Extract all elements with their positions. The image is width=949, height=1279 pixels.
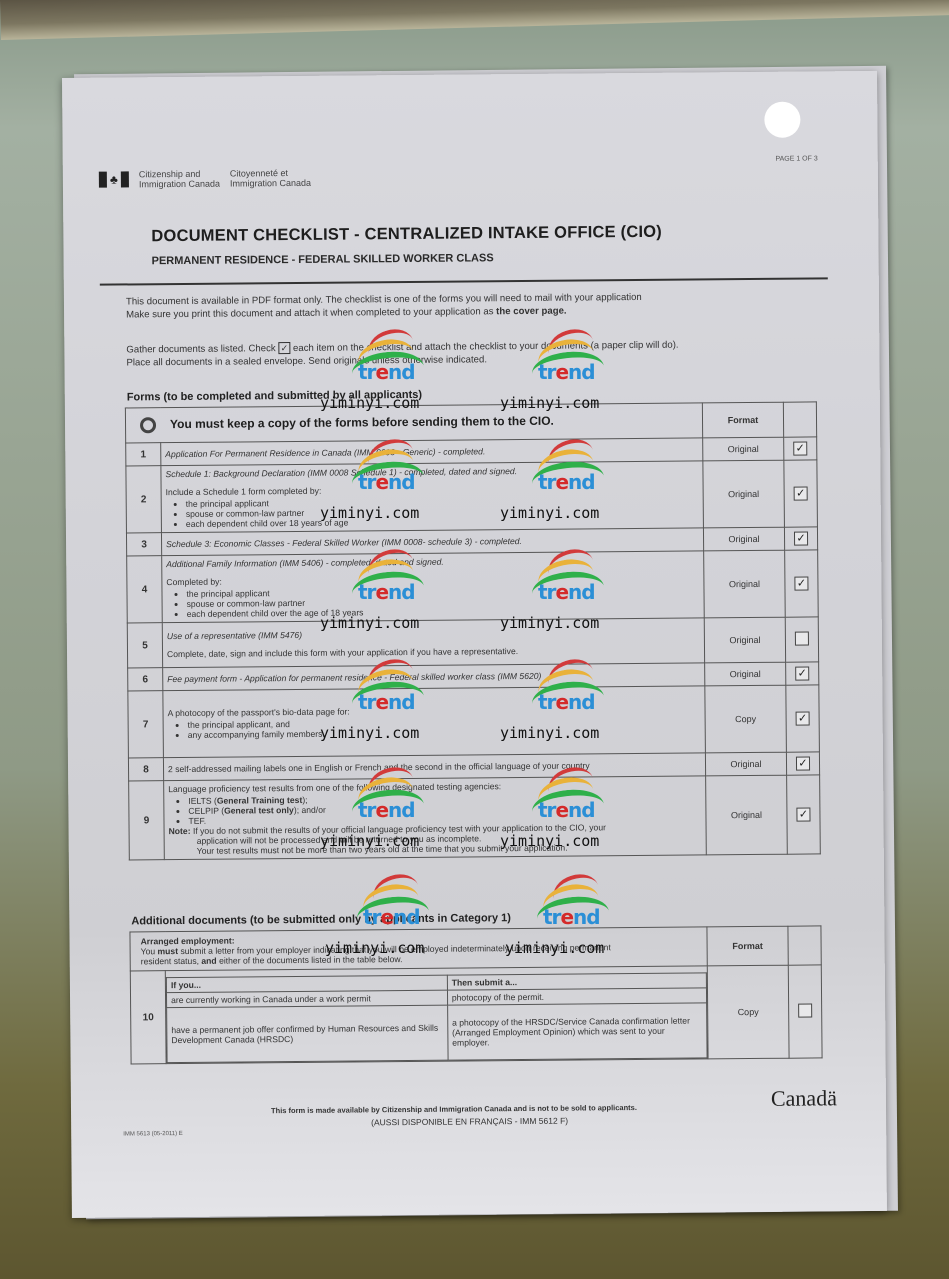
keep-copy-notice: You must keep a copy of the forms before… bbox=[170, 413, 554, 430]
additional-documents-table: Arranged employment: You must submit a l… bbox=[129, 925, 822, 1064]
document-subtitle: PERMANENT RESIDENCE - FEDERAL SKILLED WO… bbox=[152, 252, 494, 267]
french-availability: (AUSSI DISPONIBLE EN FRANÇAIS - IMM 5612… bbox=[371, 1116, 568, 1128]
checkbox-item-9[interactable]: ✓ bbox=[796, 807, 810, 821]
table-header-row: Arranged employment: You must submit a l… bbox=[130, 926, 821, 971]
checkbox-item-7[interactable]: ✓ bbox=[796, 712, 810, 726]
instructions-text: Gather documents as listed. Check ✓ each… bbox=[126, 337, 816, 369]
checkbox-item-10[interactable] bbox=[798, 1003, 812, 1017]
table-row: 7A photocopy of the passport's bio-data … bbox=[128, 685, 820, 758]
divider bbox=[100, 277, 828, 285]
table-row: 9 Language proficiency test results from… bbox=[129, 775, 821, 860]
punch-hole bbox=[764, 102, 800, 138]
checkbox-item-6[interactable]: ✓ bbox=[795, 667, 809, 681]
form-number: IMM 5613 (05-2011) E bbox=[123, 1131, 183, 1138]
forms-checklist-table: You must keep a copy of the forms before… bbox=[125, 401, 821, 860]
arranged-employment-options: If you... Then submit a... are currently… bbox=[166, 972, 708, 1063]
checkbox-item-3[interactable]: ✓ bbox=[794, 532, 808, 546]
check-icon: ✓ bbox=[278, 342, 290, 354]
document-page: PAGE 1 OF 3 ♣ Citizenship andImmigration… bbox=[62, 71, 887, 1218]
additional-section-title: Additional documents (to be submitted on… bbox=[131, 912, 511, 927]
canada-wordmark: Canadä bbox=[771, 1085, 837, 1112]
checkbox-item-8[interactable]: ✓ bbox=[796, 756, 810, 770]
document-title: DOCUMENT CHECKLIST - CENTRALIZED INTAKE … bbox=[151, 223, 662, 246]
checkbox-item-5[interactable] bbox=[795, 632, 809, 646]
table-row: 4Additional Family Information (IMM 5406… bbox=[127, 550, 819, 623]
table-header-row: You must keep a copy of the forms before… bbox=[125, 402, 816, 443]
warning-icon bbox=[140, 418, 156, 434]
table-row: 5Use of a representative (IMM 5476)Compl… bbox=[127, 617, 818, 668]
agency-name-en: Citizenship andImmigration Canada bbox=[139, 169, 220, 190]
canada-flag-icon: ♣ bbox=[99, 171, 129, 187]
format-header: Format bbox=[707, 926, 788, 966]
table-row: 10 If you... Then submit a... are curren… bbox=[130, 965, 822, 1064]
availability-notice: This form is made available by Citizensh… bbox=[271, 1103, 637, 1115]
checkbox-item-2[interactable]: ✓ bbox=[794, 487, 808, 501]
checkbox-item-4[interactable]: ✓ bbox=[794, 577, 808, 591]
checkbox-item-1[interactable]: ✓ bbox=[793, 442, 807, 456]
agency-signature: ♣ Citizenship andImmigration Canada Cito… bbox=[99, 168, 311, 190]
intro-text: This document is available in PDF format… bbox=[126, 290, 806, 322]
table-row: 2Schedule 1: Background Declaration (IMM… bbox=[126, 460, 818, 533]
agency-name-fr: Citoyenneté etImmigration Canada bbox=[230, 168, 311, 189]
page-number: PAGE 1 OF 3 bbox=[775, 155, 817, 162]
format-header: Format bbox=[702, 402, 783, 438]
forms-section-title: Forms (to be completed and submitted by … bbox=[127, 389, 422, 404]
background-table-edge bbox=[0, 0, 949, 40]
table-row: have a permanent job offer confirmed by … bbox=[167, 1003, 707, 1063]
